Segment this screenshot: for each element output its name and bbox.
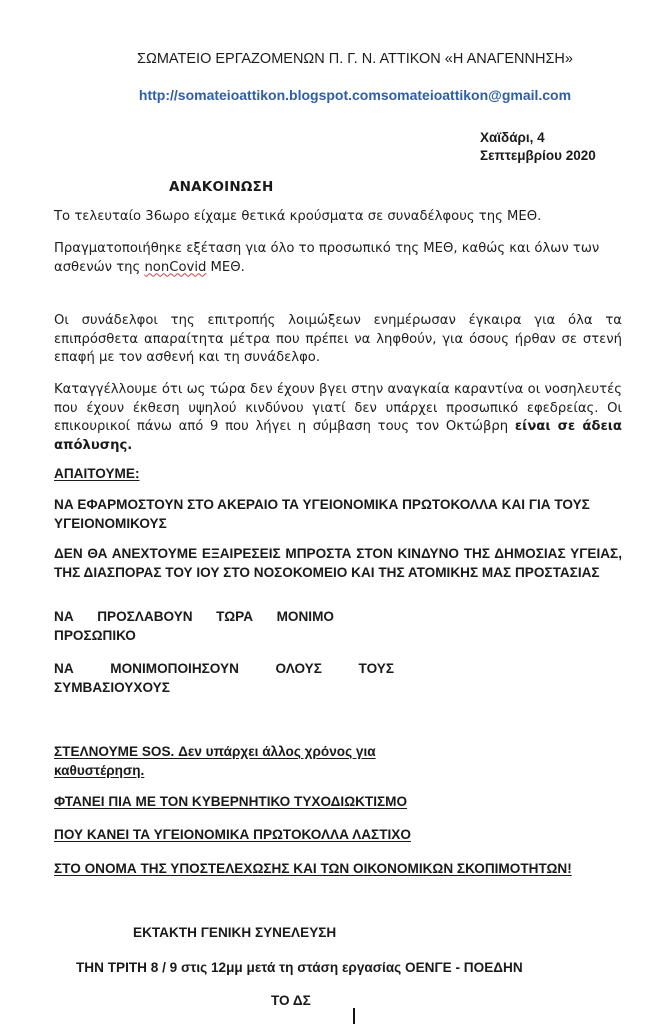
date-month-year: Σεπτεμβρίου 2020 bbox=[480, 147, 596, 165]
document-page: ΣΩΜΑΤΕΙΟ ΕΡΓΑΖΟΜΕΝΩΝ Π. Γ. Ν. ΑΤΤΙΚΟΝ «Η… bbox=[0, 0, 670, 1024]
organization-name: ΣΩΜΑΤΕΙΟ ΕΡΓΑΖΟΜΕΝΩΝ Π. Γ. Ν. ΑΤΤΙΚΟΝ «Η… bbox=[120, 50, 590, 68]
text-cursor bbox=[353, 1008, 355, 1024]
slogan-sos: ΣΤΕΛΝΟΥΜΕ SOS. Δεν υπάρχει άλλος χρόνος … bbox=[54, 743, 414, 780]
paragraph-testing-text: Πραγματοποιήθηκε εξέταση για όλο το προσ… bbox=[54, 241, 599, 275]
date-place: Χαϊδάρι, 4 bbox=[480, 129, 596, 147]
demand-item: ΝΑ ΜΟΝΙΜΟΠΟΙΗΣΟΥΝ ΟΛΟΥΣ ΤΟΥΣ ΣΥΜΒΑΣΙΟΥΧΟ… bbox=[54, 660, 394, 697]
slogan: ΣΤΟ ΟΝΟΜΑ ΤΗΣ ΥΠΟΣΤΕΛΕΧΩΣΗΣ ΚΑΙ ΤΩΝ ΟΙΚΟ… bbox=[54, 860, 572, 879]
demand-item: ΝΑ ΠΡΟΣΛΑΒΟΥΝ ΤΩΡΑ ΜΟΝΙΜΟ ΠΡΟΣΩΠΙΚΟ bbox=[54, 608, 334, 645]
slogan: ΦΤΑΝΕΙ ΠΙΑ ΜΕ ΤΟΝ ΚΥΒΕΡΝΗΤΙΚΟ ΤΥΧΟΔΙΩΚΤΙ… bbox=[54, 793, 407, 812]
announcement-title: ΑΝΑΚΟΙΝΩΣΗ bbox=[169, 179, 273, 195]
demand-item: ΝΑ ΕΦΑΡΜΟΣΤΟΥΝ ΣΤΟ ΑΚΕΡΑΙΟ ΤΑ ΥΓΕΙΟΝΟΜΙΚ… bbox=[54, 496, 622, 533]
contact-links: http://somateioattikon.blogspot.comsomat… bbox=[120, 86, 590, 104]
demand-item-line: ΝΑ ΠΡΟΣΛΑΒΟΥΝ ΤΩΡΑ ΜΟΝΙΜΟ bbox=[54, 608, 334, 627]
demand-item-line: ΠΡΟΣΩΠΙΚΟ bbox=[54, 628, 136, 643]
paragraph-testing: Πραγματοποιήθηκε εξέταση για όλο το προσ… bbox=[54, 240, 622, 277]
demand-item-line: ΣΥΜΒΑΣΙΟΥΧΟΥΣ bbox=[54, 680, 170, 695]
demand-item-line: ΝΑ ΜΟΝΙΜΟΠΟΙΗΣΟΥΝ ΟΛΟΥΣ ΤΟΥΣ bbox=[54, 660, 394, 679]
blog-link[interactable]: http://somateioattikon.blogspot.com bbox=[139, 87, 381, 103]
paragraph-infection-committee: Οι συνάδελφοι της επιτροπής λοιμώξεων εν… bbox=[54, 312, 622, 368]
slogan: ΠΟΥ ΚΑΝΕΙ ΤΑ ΥΓΕΙΟΝΟΜΙΚΑ ΠΡΩΤΟΚΟΛΛΑ ΛΑΣΤ… bbox=[54, 826, 411, 845]
spellcheck-flagged-word[interactable]: nonCovid bbox=[144, 260, 206, 275]
assembly-heading: ΕΚΤΑΚΤΗ ΓΕΝΙΚΗ ΣΥΝΕΛΕΥΣΗ bbox=[133, 925, 336, 940]
demands-label: ΑΠΑΙΤΟΥΜΕ: bbox=[54, 465, 139, 484]
demand-item: ΔΕΝ ΘΑ ΑΝΕΧΤΟΥΜΕ ΕΞΑΙΡΕΣΕΙΣ ΜΠΡΟΣΤΑ ΣΤΟΝ… bbox=[54, 545, 622, 582]
paragraph-positive-cases: Το τελευταίο 36ωρο είχαμε θετικά κρούσμα… bbox=[54, 208, 622, 227]
paragraph-complaint: Καταγγέλλουμε ότι ως τώρα δεν έχουν βγει… bbox=[54, 381, 622, 455]
paragraph-testing-end: ΜΕΘ. bbox=[206, 260, 244, 275]
email-link[interactable]: somateioattikon@gmail.com bbox=[381, 87, 571, 103]
date-block: Χαϊδάρι, 4 Σεπτεμβρίου 2020 bbox=[480, 129, 596, 165]
signature: ΤΟ ΔΣ bbox=[271, 993, 311, 1008]
meeting-details: ΤΗΝ ΤΡΙΤΗ 8 / 9 στις 12μμ μετά τη στάση … bbox=[76, 960, 523, 975]
